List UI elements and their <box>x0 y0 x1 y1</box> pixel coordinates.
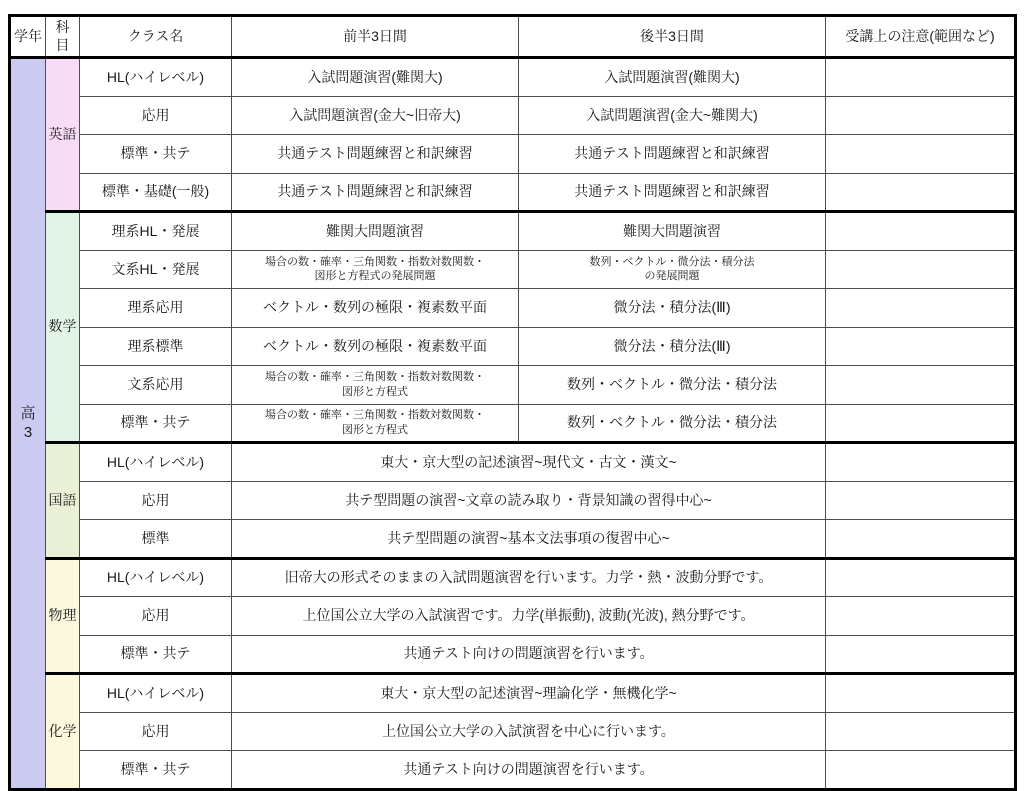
header-class-name: クラス名 <box>80 16 232 58</box>
class-name-cell: HL(ハイレベル) <box>80 674 232 713</box>
header-grade: 学年 <box>10 16 46 58</box>
second-half-cell: 難関大問題演習 <box>519 212 826 251</box>
class-name-cell: 標準 <box>80 520 232 559</box>
notes-cell <box>826 212 1016 251</box>
second-half-cell: 共通テスト問題練習と和訳練習 <box>519 173 826 212</box>
table-row: 物理HL(ハイレベル)旧帝大の形式そのままの入試問題演習を行います。力学・熱・波… <box>10 558 1016 597</box>
class-name-cell: HL(ハイレベル) <box>80 443 232 482</box>
first-half-cell: 場合の数・確率・三角関数・指数対数関数・ 図形と方程式 <box>232 366 519 405</box>
merged-halves-cell: 上位国公立大学の入試演習を中心に行います。 <box>232 712 826 751</box>
header-first-half: 前半3日間 <box>232 16 519 58</box>
second-half-cell: 数列・ベクトル・微分法・積分法 <box>519 404 826 443</box>
class-name-cell: 理系応用 <box>80 289 232 328</box>
table-row: 応用上位国公立大学の入試演習を中心に行います。 <box>10 712 1016 751</box>
schedule-sheet: 学年 科目 クラス名 前半3日間 後半3日間 受講上の注意(範囲など) 高 3英… <box>8 14 1017 791</box>
notes-cell <box>826 58 1016 97</box>
subject-cell-0: 英語 <box>46 58 80 212</box>
class-name-cell: 標準・共テ <box>80 635 232 674</box>
second-half-cell: 入試問題演習(難関大) <box>519 58 826 97</box>
notes-cell <box>826 289 1016 328</box>
course-schedule-table: 学年 科目 クラス名 前半3日間 後半3日間 受講上の注意(範囲など) 高 3英… <box>8 14 1017 791</box>
merged-halves-cell: 東大・京大型の記述演習~現代文・古文・漢文~ <box>232 443 826 482</box>
table-row: 文系HL・発展場合の数・確率・三角関数・指数対数関数・ 図形と方程式の発展問題数… <box>10 250 1016 289</box>
table-row: 理系応用ベクトル・数列の極限・複素数平面微分法・積分法(Ⅲ) <box>10 289 1016 328</box>
notes-cell <box>826 327 1016 366</box>
table-row: 国語HL(ハイレベル)東大・京大型の記述演習~現代文・古文・漢文~ <box>10 443 1016 482</box>
class-name-cell: 応用 <box>80 481 232 520</box>
notes-cell <box>826 366 1016 405</box>
table-row: 標準共テ型問題の演習~基本文法事項の復習中心~ <box>10 520 1016 559</box>
grade-cell: 高 3 <box>10 58 46 790</box>
table-row: 応用共テ型問題の演習~文章の読み取り・背景知識の習得中心~ <box>10 481 1016 520</box>
subject-cell-2: 国語 <box>46 443 80 559</box>
notes-cell <box>826 751 1016 790</box>
table-row: 数学理系HL・発展難関大問題演習難関大問題演習 <box>10 212 1016 251</box>
notes-cell <box>826 520 1016 559</box>
notes-cell <box>826 443 1016 482</box>
table-row: 文系応用場合の数・確率・三角関数・指数対数関数・ 図形と方程式数列・ベクトル・微… <box>10 366 1016 405</box>
second-half-cell: 微分法・積分法(Ⅲ) <box>519 289 826 328</box>
merged-halves-cell: 共通テスト向けの問題演習を行います。 <box>232 635 826 674</box>
notes-cell <box>826 96 1016 135</box>
table-row: 標準・共テ共通テスト向けの問題演習を行います。 <box>10 635 1016 674</box>
notes-cell <box>826 135 1016 174</box>
class-name-cell: 標準・共テ <box>80 751 232 790</box>
subject-cell-4: 化学 <box>46 674 80 790</box>
class-name-cell: 文系応用 <box>80 366 232 405</box>
notes-cell <box>826 635 1016 674</box>
second-half-cell: 微分法・積分法(Ⅲ) <box>519 327 826 366</box>
notes-cell <box>826 674 1016 713</box>
schedule-table-body: 高 3英語HL(ハイレベル)入試問題演習(難関大)入試問題演習(難関大)応用入試… <box>10 58 1016 790</box>
class-name-cell: 理系HL・発展 <box>80 212 232 251</box>
class-name-cell: 標準・共テ <box>80 135 232 174</box>
merged-halves-cell: 旧帝大の形式そのままの入試問題演習を行います。力学・熱・波動分野です。 <box>232 558 826 597</box>
table-row: 応用入試問題演習(金大~旧帝大)入試問題演習(金大~難関大) <box>10 96 1016 135</box>
second-half-cell: 入試問題演習(金大~難関大) <box>519 96 826 135</box>
table-row: 標準・共テ共通テスト問題練習と和訳練習共通テスト問題練習と和訳練習 <box>10 135 1016 174</box>
notes-cell <box>826 404 1016 443</box>
class-name-cell: 標準・基礎(一般) <box>80 173 232 212</box>
first-half-cell: 難関大問題演習 <box>232 212 519 251</box>
table-row: 理系標準ベクトル・数列の極限・複素数平面微分法・積分法(Ⅲ) <box>10 327 1016 366</box>
table-row: 応用上位国公立大学の入試演習です。力学(単振動), 波動(光波), 熱分野です。 <box>10 597 1016 636</box>
class-name-cell: 応用 <box>80 712 232 751</box>
table-row: 化学HL(ハイレベル)東大・京大型の記述演習~理論化学・無機化学~ <box>10 674 1016 713</box>
header-subject: 科目 <box>46 16 80 58</box>
table-header: 学年 科目 クラス名 前半3日間 後半3日間 受講上の注意(範囲など) <box>10 16 1016 58</box>
merged-halves-cell: 共通テスト向けの問題演習を行います。 <box>232 751 826 790</box>
class-name-cell: 文系HL・発展 <box>80 250 232 289</box>
class-name-cell: 応用 <box>80 96 232 135</box>
header-row: 学年 科目 クラス名 前半3日間 後半3日間 受講上の注意(範囲など) <box>10 16 1016 58</box>
first-half-cell: ベクトル・数列の極限・複素数平面 <box>232 327 519 366</box>
merged-halves-cell: 東大・京大型の記述演習~理論化学・無機化学~ <box>232 674 826 713</box>
second-half-cell: 共通テスト問題練習と和訳練習 <box>519 135 826 174</box>
notes-cell <box>826 481 1016 520</box>
class-name-cell: HL(ハイレベル) <box>80 558 232 597</box>
header-notes: 受講上の注意(範囲など) <box>826 16 1016 58</box>
merged-halves-cell: 共テ型問題の演習~文章の読み取り・背景知識の習得中心~ <box>232 481 826 520</box>
table-row: 標準・共テ共通テスト向けの問題演習を行います。 <box>10 751 1016 790</box>
class-name-cell: 応用 <box>80 597 232 636</box>
header-second-half: 後半3日間 <box>519 16 826 58</box>
class-name-cell: 標準・共テ <box>80 404 232 443</box>
first-half-cell: 場合の数・確率・三角関数・指数対数関数・ 図形と方程式 <box>232 404 519 443</box>
merged-halves-cell: 上位国公立大学の入試演習です。力学(単振動), 波動(光波), 熱分野です。 <box>232 597 826 636</box>
first-half-cell: 共通テスト問題練習と和訳練習 <box>232 173 519 212</box>
notes-cell <box>826 558 1016 597</box>
notes-cell <box>826 250 1016 289</box>
class-name-cell: 理系標準 <box>80 327 232 366</box>
table-row: 標準・共テ場合の数・確率・三角関数・指数対数関数・ 図形と方程式数列・ベクトル・… <box>10 404 1016 443</box>
table-row: 標準・基礎(一般)共通テスト問題練習と和訳練習共通テスト問題練習と和訳練習 <box>10 173 1016 212</box>
first-half-cell: 場合の数・確率・三角関数・指数対数関数・ 図形と方程式の発展問題 <box>232 250 519 289</box>
second-half-cell: 数列・ベクトル・微分法・積分法 <box>519 366 826 405</box>
class-name-cell: HL(ハイレベル) <box>80 58 232 97</box>
second-half-cell: 数列・ベクトル・微分法・積分法 の発展問題 <box>519 250 826 289</box>
subject-cell-3: 物理 <box>46 558 80 674</box>
notes-cell <box>826 597 1016 636</box>
first-half-cell: 共通テスト問題練習と和訳練習 <box>232 135 519 174</box>
first-half-cell: 入試問題演習(難関大) <box>232 58 519 97</box>
first-half-cell: 入試問題演習(金大~旧帝大) <box>232 96 519 135</box>
table-row: 高 3英語HL(ハイレベル)入試問題演習(難関大)入試問題演習(難関大) <box>10 58 1016 97</box>
merged-halves-cell: 共テ型問題の演習~基本文法事項の復習中心~ <box>232 520 826 559</box>
notes-cell <box>826 173 1016 212</box>
first-half-cell: ベクトル・数列の極限・複素数平面 <box>232 289 519 328</box>
notes-cell <box>826 712 1016 751</box>
subject-cell-1: 数学 <box>46 212 80 443</box>
